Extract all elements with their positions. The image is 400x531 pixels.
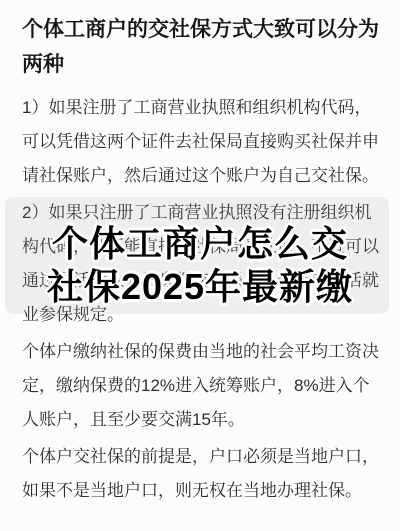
article-page: 个体工商户的交社保方式大致可以分为两种 1）如果注册了工商营业执照和组织机构代码…: [22, 12, 380, 511]
paragraph-business-license-only: 2）如果只注册了工商营业执照没有注册组织机构代码，则不能直接去社保局买社保，不过…: [22, 196, 380, 332]
paragraph-hukou-requirement: 个体户交社保的前提是，户口必须是当地户口，如果不是当地户口，则无权在当地办理社保…: [22, 440, 380, 508]
paragraph-register-both-licenses: 1）如果注册了工商营业执照和组织机构代码，可以凭借这两个证件去社保局直接购买社保…: [22, 91, 380, 193]
article-heading: 个体工商户的交社保方式大致可以分为两种: [22, 12, 380, 82]
paragraph-premium-calculation: 个体户缴纳社保的保费由当地的社会平均工资决定，缴纳保费的12%进入统筹账户，8%…: [22, 335, 380, 437]
